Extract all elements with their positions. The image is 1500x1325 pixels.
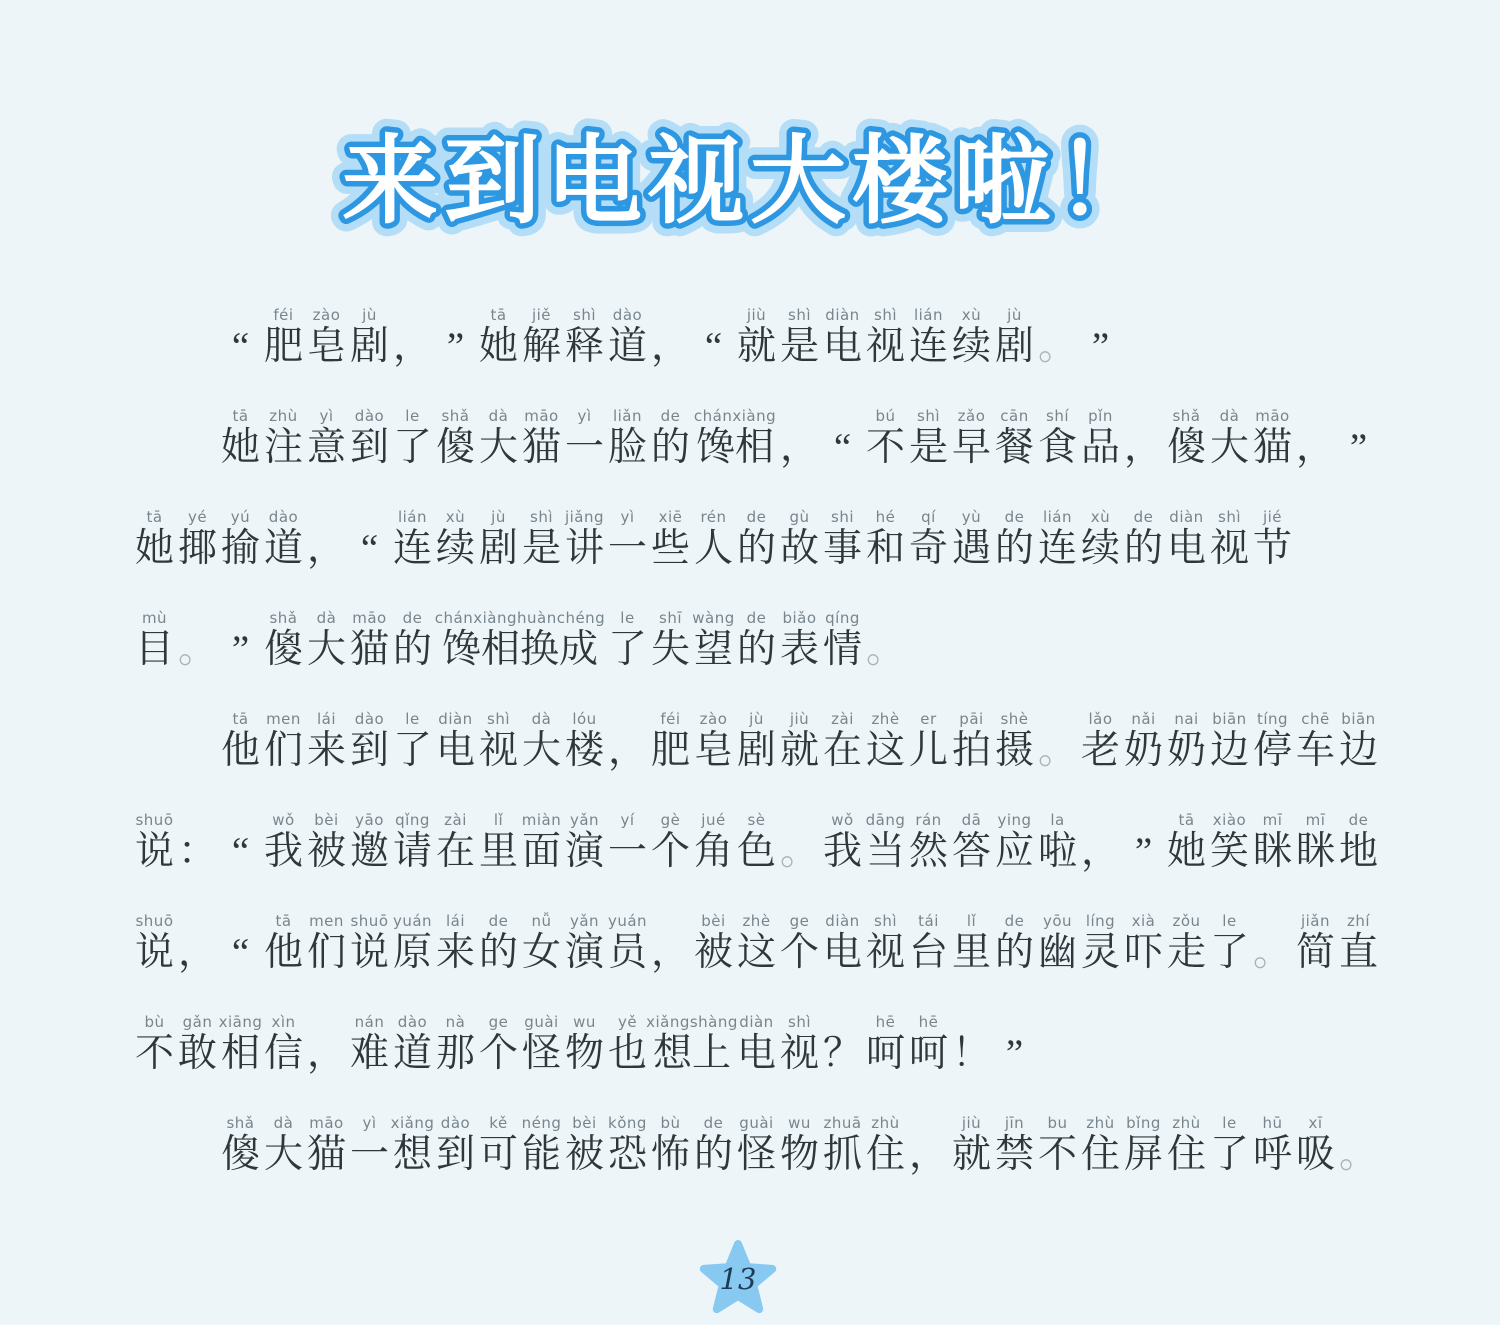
char-unit: mī眯	[1251, 811, 1294, 874]
pinyin-annotation	[453, 306, 458, 324]
hanzi-character: ，	[1296, 425, 1335, 470]
pinyin-annotation: hé	[876, 508, 896, 526]
char-unit: wàng望	[692, 609, 735, 672]
char-unit: er儿	[907, 710, 950, 773]
pinyin-annotation: yě	[618, 1013, 637, 1031]
hanzi-character: 了	[1210, 930, 1249, 975]
char-unit: shǎ傻	[219, 1114, 262, 1177]
char-unit: bèi被	[563, 1114, 606, 1177]
hanzi-character: 被	[565, 1132, 604, 1177]
char-unit: dào到	[348, 407, 391, 470]
hanzi-character: ”	[447, 324, 464, 369]
char-unit: diàn电	[821, 912, 864, 975]
hanzi-character: 呵	[866, 1031, 905, 1076]
char-unit: 。	[864, 609, 907, 672]
pinyin-annotation	[668, 306, 673, 324]
pinyin-annotation	[797, 407, 802, 425]
hanzi-character: 台	[909, 930, 948, 975]
char-unit: shī失	[649, 609, 692, 672]
text-line: tā他men们lái来dào到le了diàn电shì视dà大lóu楼 ，féi肥…	[133, 709, 1423, 773]
pinyin-annotation: jiù	[790, 710, 809, 728]
pinyin-annotation	[1055, 710, 1060, 728]
pinyin-annotation: le	[1222, 912, 1236, 930]
char-unit: wǒ我	[821, 811, 864, 874]
char-unit: 。	[1337, 1114, 1380, 1177]
hanzi-character: 事	[823, 526, 862, 571]
char-unit: biān边	[1337, 710, 1380, 773]
char-unit: shì视	[864, 912, 907, 975]
char-unit: nǎi奶	[1122, 710, 1165, 773]
hanzi-character: 大	[1210, 425, 1249, 470]
pinyin-annotation: ying	[997, 811, 1031, 829]
hanzi-character: 皂	[307, 324, 346, 369]
hanzi-character: “	[361, 526, 378, 571]
char-unit: de的	[735, 508, 778, 571]
char-unit: jù剧	[993, 306, 1036, 369]
hanzi-character: 续	[952, 324, 991, 369]
char-unit: dà大	[305, 609, 348, 672]
char-unit: māo猫	[305, 1114, 348, 1177]
pinyin-annotation: de	[1005, 508, 1025, 526]
hanzi-character: 大	[307, 627, 346, 672]
char-unit: shì是	[907, 407, 950, 470]
hanzi-character: 是	[909, 425, 948, 470]
hanzi-character: 是	[522, 526, 561, 571]
char-unit: 。	[778, 811, 821, 874]
pinyin-annotation: lái	[317, 710, 336, 728]
char-unit: lái来	[434, 912, 477, 975]
char-unit: shi事	[821, 508, 864, 571]
pinyin-annotation: le	[405, 710, 419, 728]
hanzi-character: 不	[1038, 1132, 1077, 1177]
pinyin-annotation: de	[661, 407, 681, 425]
pinyin-annotation: xù	[962, 306, 981, 324]
pinyin-annotation: néng	[522, 1114, 562, 1132]
hanzi-character: 猫	[1253, 425, 1292, 470]
pinyin-annotation: shì	[788, 306, 811, 324]
char-unit: dào到	[348, 710, 391, 773]
pinyin-annotation: tái	[918, 912, 939, 930]
hanzi-character: 吸	[1296, 1132, 1335, 1177]
pinyin-annotation: zào	[700, 710, 728, 728]
pinyin-annotation	[195, 912, 200, 930]
char-unit: hé和	[864, 508, 907, 571]
pinyin-annotation: yì	[319, 407, 333, 425]
pinyin-annotation: zhè	[742, 912, 770, 930]
char-unit: shì是	[778, 306, 821, 369]
char-unit: pāi拍	[950, 710, 993, 773]
pinyin-annotation	[1270, 912, 1275, 930]
hanzi-character: “	[232, 829, 249, 874]
pinyin-annotation: shǎ	[269, 609, 297, 627]
hanzi-character: 这	[737, 930, 776, 975]
char-unit: dà大	[1208, 407, 1251, 470]
char-unit: xiǎng想	[391, 1114, 434, 1177]
char-unit: sè色	[735, 811, 778, 874]
hanzi-character: 一	[350, 1132, 389, 1177]
char-unit: zǒu走	[1165, 912, 1208, 975]
pinyin-annotation: de	[704, 1114, 724, 1132]
char-unit: dào到	[434, 1114, 477, 1177]
pinyin-annotation: yōu	[1043, 912, 1072, 930]
hanzi-character: 里	[952, 930, 991, 975]
pinyin-annotation: zhù	[871, 1114, 899, 1132]
hanzi-character: 笑	[1210, 829, 1249, 874]
pinyin-annotation: lián	[398, 508, 427, 526]
char-unit: shǎ傻	[1165, 407, 1208, 470]
hanzi-character: 当	[866, 829, 905, 874]
char-unit: ？	[821, 1013, 864, 1076]
char-unit: dà大	[477, 407, 520, 470]
pinyin-annotation: dào	[441, 1114, 470, 1132]
char-unit: rán然	[907, 811, 950, 874]
hanzi-character: 视	[780, 1031, 819, 1076]
hanzi-character: 一	[608, 526, 647, 571]
pinyin-annotation: shǎ	[441, 407, 469, 425]
text-line: tā她yé揶yú揄dào道 ， “lián连xù续jù剧shì是jiǎng讲yì…	[133, 507, 1423, 571]
char-unit: ，	[1122, 407, 1165, 470]
pinyin-annotation: guài	[524, 1013, 558, 1031]
char-unit: wu物	[778, 1114, 821, 1177]
char-unit: tā他	[219, 710, 262, 773]
hanzi-character: 电	[823, 930, 862, 975]
pinyin-annotation: bèi	[314, 811, 338, 829]
pinyin-annotation	[883, 609, 888, 627]
pinyin-annotation	[238, 306, 243, 324]
char-unit: hū呼	[1251, 1114, 1294, 1177]
hanzi-character: 呼	[1253, 1132, 1292, 1177]
char-unit: men们	[262, 710, 305, 773]
text-line: mù目 。 ”shǎ傻dà大māo猫de的chánxiànghuànchéng馋…	[133, 608, 1423, 672]
hanzi-character: 的	[694, 1132, 733, 1177]
pinyin-annotation	[797, 811, 802, 829]
hanzi-character: 的	[393, 627, 432, 672]
hanzi-character: 到	[350, 728, 389, 773]
hanzi-character: 说	[135, 930, 174, 975]
hanzi-character: 早	[952, 425, 991, 470]
hanzi-character: 说	[135, 829, 174, 874]
hanzi-character: 员	[608, 930, 647, 975]
hanzi-character: 。	[1038, 728, 1077, 773]
hanzi-character: ，	[1124, 425, 1163, 470]
pinyin-annotation: zhè	[871, 710, 899, 728]
hanzi-character: 就	[952, 1132, 991, 1177]
hanzi-character: 注	[264, 425, 303, 470]
pinyin-annotation: tā	[232, 407, 248, 425]
char-unit: de的	[477, 912, 520, 975]
hanzi-character: 揄	[221, 526, 260, 571]
hanzi-character: 剧	[995, 324, 1034, 369]
pinyin-annotation: de	[747, 609, 767, 627]
char-unit: yāo邀	[348, 811, 391, 874]
pinyin-annotation: nà	[446, 1013, 466, 1031]
pinyin-annotation	[840, 1013, 845, 1031]
hanzi-character: ，	[307, 1031, 346, 1076]
char-unit: ，	[391, 306, 434, 369]
pinyin-annotation: diàn	[739, 1013, 773, 1031]
pinyin-annotation: men	[266, 710, 301, 728]
char-unit: hē呵	[907, 1013, 950, 1076]
pinyin-annotation: dà	[532, 710, 552, 728]
hanzi-character: 傻	[264, 627, 303, 672]
hanzi-character: 肥	[651, 728, 690, 773]
hanzi-character: 说	[350, 930, 389, 975]
char-unit: ”	[219, 609, 262, 672]
hanzi-character: 遇	[952, 526, 991, 571]
char-unit: le了	[391, 710, 434, 773]
char-unit: diàn电	[735, 1013, 778, 1076]
hanzi-character: 个	[780, 930, 819, 975]
hanzi-character: 也	[608, 1031, 647, 1076]
pinyin-annotation: de	[489, 912, 509, 930]
pinyin-annotation: liǎn	[613, 407, 642, 425]
pinyin-annotation: rán	[915, 811, 941, 829]
pinyin-annotation: zài	[444, 811, 467, 829]
hanzi-character: 原	[393, 930, 432, 975]
char-unit: de的	[692, 1114, 735, 1177]
hanzi-character: 餐	[995, 425, 1034, 470]
char-unit: xià吓	[1122, 912, 1165, 975]
hanzi-character: 她	[1167, 829, 1206, 874]
pinyin-annotation: diàn	[1169, 508, 1203, 526]
pinyin-annotation: de	[1349, 811, 1369, 829]
pinyin-annotation: wǒ	[272, 811, 294, 829]
hanzi-character: 她	[479, 324, 518, 369]
text-line: shuō说 ： “wǒ我bèi被yāo邀qǐng请zài在lǐ里miàn面yǎn…	[133, 810, 1423, 874]
char-unit: jiǎng讲	[563, 508, 606, 571]
pinyin-annotation: nai	[1174, 710, 1198, 728]
hanzi-character: ，	[909, 1132, 948, 1177]
char-unit: zhuā抓	[821, 1114, 864, 1177]
pinyin-annotation: de	[403, 609, 423, 627]
pinyin-annotation: xiǎng	[391, 1114, 435, 1132]
char-unit: shì释	[563, 306, 606, 369]
pinyin-annotation: líng	[1086, 912, 1115, 930]
char-unit: lǎo老	[1079, 710, 1122, 773]
hanzi-character: 解	[522, 324, 561, 369]
hanzi-character: 脸	[608, 425, 647, 470]
pinyin-annotation: pǐn	[1088, 407, 1113, 425]
hanzi-character: 我	[823, 829, 862, 874]
pinyin-annotation: xiào	[1213, 811, 1246, 829]
char-unit: ！	[950, 1013, 993, 1076]
pinyin-annotation: shi	[831, 508, 854, 526]
pinyin-annotation: xiǎngshàng	[646, 1013, 738, 1031]
char-unit: xiāng相	[219, 1013, 262, 1076]
pinyin-annotation: mī	[1263, 811, 1283, 829]
pinyin-annotation: shì	[530, 508, 553, 526]
hanzi-character: 被	[307, 829, 346, 874]
pinyin-annotation: de	[1134, 508, 1154, 526]
hanzi-character: 物	[565, 1031, 604, 1076]
hanzi-character: ，	[608, 728, 647, 773]
hanzi-character: 意	[307, 425, 346, 470]
text-line: “féi肥zào皂jù剧 ， ”tā她jiě解shì释dào道 ， “jiù就s…	[133, 305, 1423, 369]
hanzi-character: 揶	[178, 526, 217, 571]
hanzi-character: 他	[221, 728, 260, 773]
char-unit: lián连	[907, 306, 950, 369]
hanzi-character: 是	[780, 324, 819, 369]
char-unit: wǒ我	[262, 811, 305, 874]
char-unit: nà那	[434, 1013, 477, 1076]
char-unit: jiǎn简	[1294, 912, 1337, 975]
pinyin-annotation	[711, 306, 716, 324]
char-unit: zào皂	[305, 306, 348, 369]
hanzi-character: 剧	[350, 324, 389, 369]
hanzi-character: 剧	[479, 526, 518, 571]
char-unit: xù续	[434, 508, 477, 571]
title-bubble-art: 来到电视大楼啦！ 来到电视大楼啦！ 来到电视大楼啦！	[0, 92, 1500, 252]
char-unit: shì视	[864, 306, 907, 369]
pinyin-annotation: miàn	[522, 811, 561, 829]
pinyin-annotation: biān	[1212, 710, 1246, 728]
pinyin-annotation: shǎ	[1172, 407, 1200, 425]
pinyin-annotation: wu	[788, 1114, 811, 1132]
char-unit: miàn面	[520, 811, 563, 874]
pinyin-annotation: hē	[919, 1013, 939, 1031]
pinyin-annotation: tā	[490, 306, 506, 324]
hanzi-character: 的	[995, 526, 1034, 571]
page-title: 来到电视大楼啦！ 来到电视大楼啦！ 来到电视大楼啦！	[0, 92, 1500, 252]
hanzi-character: 了	[393, 728, 432, 773]
pinyin-annotation: xù	[1091, 508, 1110, 526]
char-unit: bèi被	[305, 811, 348, 874]
char-unit: bù不	[133, 1013, 176, 1076]
hanzi-character: 食	[1038, 425, 1077, 470]
pinyin-annotation: bù	[144, 1013, 164, 1031]
char-unit: ，	[305, 1013, 348, 1076]
char-unit: ，	[649, 912, 692, 975]
pinyin-annotation	[324, 508, 329, 526]
char-unit: xiē些	[649, 508, 692, 571]
title-fill-layer: 来到电视大楼啦！	[342, 125, 1158, 237]
char-unit: lǐ里	[477, 811, 520, 874]
pinyin-annotation: féi	[660, 710, 680, 728]
hanzi-character: 不	[135, 1031, 174, 1076]
char-unit: gè个	[649, 811, 692, 874]
hanzi-character: 。	[178, 627, 217, 672]
pinyin-annotation: zǒu	[1172, 912, 1200, 930]
pinyin-annotation: guài	[739, 1114, 773, 1132]
pinyin-annotation: shǎ	[226, 1114, 254, 1132]
hanzi-character: 能	[522, 1132, 561, 1177]
char-unit: wu物	[563, 1013, 606, 1076]
pinyin-annotation	[324, 1013, 329, 1031]
char-unit: diàn电	[434, 710, 477, 773]
char-unit: 。	[176, 609, 219, 672]
pinyin-annotation: dà	[317, 609, 337, 627]
hanzi-character: 表	[780, 627, 819, 672]
pinyin-annotation: tā	[1178, 811, 1194, 829]
char-unit: jiě解	[520, 306, 563, 369]
pinyin-annotation: tā	[146, 508, 162, 526]
char-unit: ”	[993, 1013, 1036, 1076]
pinyin-annotation: yuán	[393, 912, 432, 930]
char-unit: de的	[735, 609, 778, 672]
pinyin-annotation: lǐ	[494, 811, 503, 829]
hanzi-character: 来	[436, 930, 475, 975]
char-unit: zhù住	[1165, 1114, 1208, 1177]
pinyin-annotation: dā	[962, 811, 982, 829]
char-unit: nán难	[348, 1013, 391, 1076]
pinyin-annotation: chánxiàng	[694, 407, 776, 425]
char-unit: de的	[993, 508, 1036, 571]
hanzi-character: 边	[1210, 728, 1249, 773]
pinyin-annotation: lián	[1043, 508, 1072, 526]
char-unit: gǎn敢	[176, 1013, 219, 1076]
char-unit: zhè这	[864, 710, 907, 773]
char-unit: shì视	[778, 1013, 821, 1076]
pinyin-annotation: yì	[620, 508, 634, 526]
pinyin-annotation: sè	[747, 811, 765, 829]
pinyin-annotation: ge	[790, 912, 810, 930]
pinyin-annotation: mù	[142, 609, 167, 627]
char-unit: shǎ傻	[262, 609, 305, 672]
hanzi-character: 住	[1167, 1132, 1206, 1177]
hanzi-character: 邀	[350, 829, 389, 874]
pinyin-annotation: jù	[362, 306, 377, 324]
pinyin-annotation	[1356, 407, 1361, 425]
hanzi-character: 的	[737, 627, 776, 672]
pinyin-annotation: shì	[573, 306, 596, 324]
pinyin-annotation: yǎn	[570, 912, 599, 930]
pinyin-annotation: shì	[487, 710, 510, 728]
hanzi-character: 到	[436, 1132, 475, 1177]
char-unit: qí奇	[907, 508, 950, 571]
hanzi-character: 的	[651, 425, 690, 470]
char-unit: jù剧	[348, 306, 391, 369]
char-unit: “	[219, 811, 262, 874]
pinyin-annotation	[1098, 306, 1103, 324]
pinyin-annotation: xī	[1308, 1114, 1322, 1132]
char-unit: ”	[1122, 811, 1165, 874]
char-unit: dà大	[262, 1114, 305, 1177]
pinyin-annotation: lái	[446, 912, 465, 930]
char-unit: xù续	[1079, 508, 1122, 571]
hanzi-character: ，	[393, 324, 432, 369]
pinyin-annotation: er	[920, 710, 936, 728]
hanzi-character: 肥	[264, 324, 303, 369]
char-unit: néng能	[520, 1114, 563, 1177]
pinyin-annotation: lǎo	[1088, 710, 1112, 728]
hanzi-character: 这	[866, 728, 905, 773]
pinyin-annotation: shuō	[135, 912, 173, 930]
hanzi-character: 猫	[350, 627, 389, 672]
char-unit: yuán员	[606, 912, 649, 975]
hanzi-character: 敢	[178, 1031, 217, 1076]
pinyin-annotation: wàng	[692, 609, 735, 627]
hanzi-character: 就	[737, 324, 776, 369]
char-unit: tā他	[262, 912, 305, 975]
hanzi-character: 老	[1081, 728, 1120, 773]
hanzi-character: 续	[1081, 526, 1120, 571]
char-unit: shì视	[1208, 508, 1251, 571]
char-unit: yě也	[606, 1013, 649, 1076]
pinyin-annotation: yuán	[608, 912, 647, 930]
pinyin-annotation: shì	[917, 407, 940, 425]
pinyin-annotation: diàn	[825, 912, 859, 930]
pinyin-annotation: chánxiànghuànchéng	[435, 609, 605, 627]
hanzi-character: 视	[479, 728, 518, 773]
hanzi-character: 眯	[1296, 829, 1335, 874]
char-unit: la啦	[1036, 811, 1079, 874]
pinyin-annotation: qǐng	[395, 811, 430, 829]
pinyin-annotation: la	[1050, 811, 1064, 829]
hanzi-character: 大	[264, 1132, 303, 1177]
pinyin-annotation	[410, 306, 415, 324]
pinyin-annotation: hū	[1262, 1114, 1282, 1132]
pinyin-annotation	[840, 407, 845, 425]
